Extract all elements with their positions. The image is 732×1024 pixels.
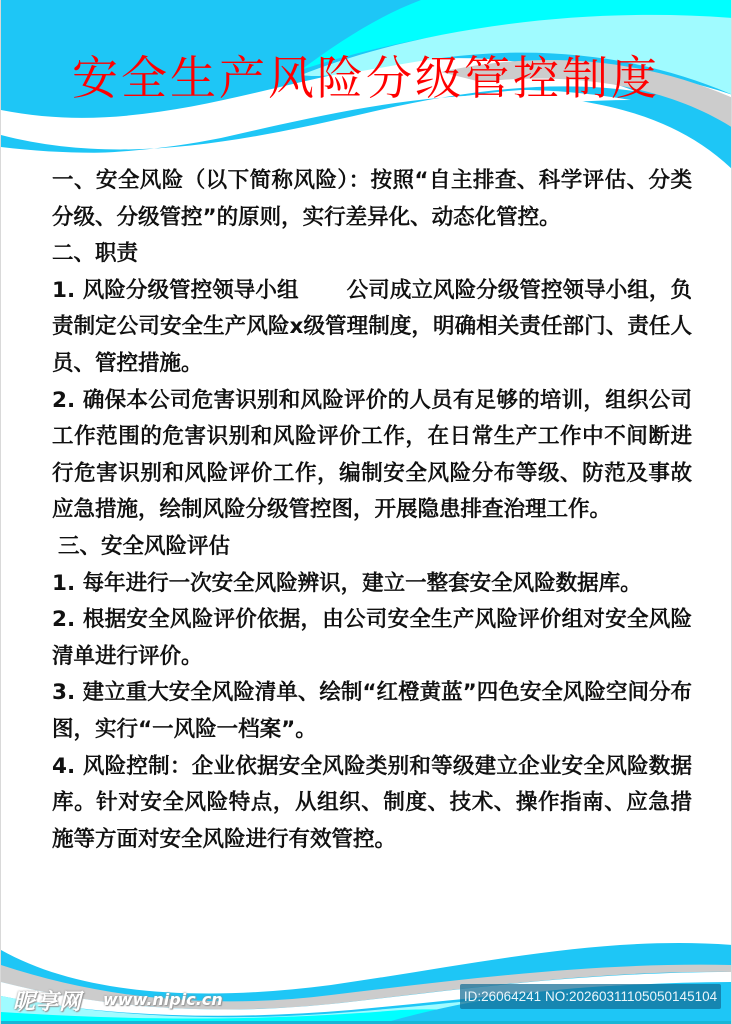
section-2-item-1: 1. 风险分级管控领导小组公司成立风险分级管控领导小组，负责制定公司安全生产风险… [52,273,692,383]
section-3-heading: 三、安全风险评估 [52,529,692,566]
section-2-heading: 二、职责 [52,236,692,273]
section-1-paragraph: 一、安全风险（以下简称风险）：按照“自主排查、科学评估、分类分级、分级管控”的原… [52,163,692,236]
watermark-logo: 昵享网 [13,985,82,1016]
section-3-item-2: 2. 根据安全风险评价依据，由公司安全生产风险评价组对安全风险清单进行评价。 [52,602,692,675]
section-3-item-3: 3. 建立重大安全风险清单、绘制“红橙黄蓝”四色安全风险空间分布图，实行“一风险… [52,675,692,748]
image-id-badge: ID:26064241 NO:20260311105050145104 [460,984,721,1009]
section-3-item-4: 4. 风险控制：企业依据安全风险类别和等级建立企业安全风险数据库。针对安全风险特… [52,749,692,859]
section-3-item-1: 1. 每年进行一次安全风险辨识，建立一整套安全风险数据库。 [52,566,692,603]
poster: 安全生产风险分级管控制度 一、安全风险（以下简称风险）：按照“自主排查、科学评估… [0,0,732,1024]
section-2-item-2: 2. 确保本公司危害识别和风险评价的人员有足够的培训，组织公司工作范围的危害识别… [52,383,692,529]
item-label: 1. 风险分级管控领导小组 [52,278,299,303]
regulation-body: 一、安全风险（以下简称风险）：按照“自主排查、科学评估、分类分级、分级管控”的原… [52,163,692,858]
watermark-url: www.nipic.cn [103,990,223,1009]
poster-title: 安全生产风险分级管控制度 [1,42,731,108]
